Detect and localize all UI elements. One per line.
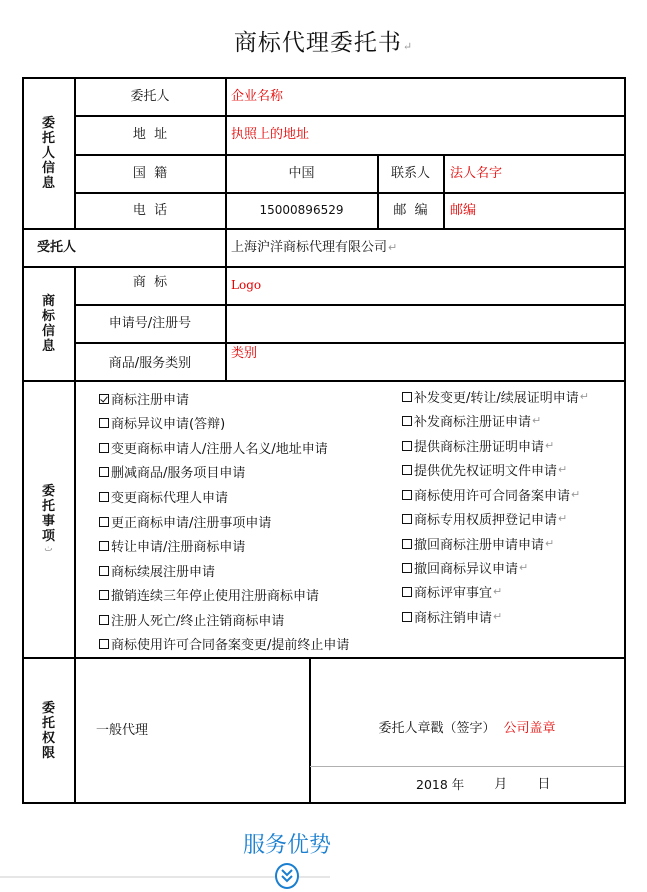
matter-item[interactable]: 商标注销申请↵ (402, 607, 502, 626)
paragraph-mark: ↵ (580, 390, 589, 403)
authority-section-label: 委 托 权 限 (23, 658, 74, 803)
matter-item[interactable]: 商标异议申请(答辩) (99, 413, 225, 432)
date-year: 2018 年 (416, 777, 464, 792)
section-label-char: 人 (42, 146, 55, 161)
matter-item[interactable]: 注册人死亡/终止注销商标申请 (99, 610, 284, 629)
section-label-char: 商 (42, 294, 55, 309)
paragraph-mark: ↵ (545, 537, 554, 550)
matter-item[interactable]: 提供商标注册证明申请↵ (402, 436, 554, 455)
matter-item[interactable]: 补发商标注册证申请↵ (402, 411, 541, 430)
matter-label: 补发商标注册证申请 (414, 411, 531, 430)
agent-field[interactable]: 上海沪洋商标代理有限公司↵ (231, 229, 621, 266)
matter-label: 变更商标申请人/注册人名义/地址申请 (111, 438, 328, 457)
matter-label: 商标注册申请 (111, 389, 189, 408)
checkbox-icon[interactable] (99, 615, 109, 625)
matters-section-label: 委 托 事 项 ٺ (23, 381, 74, 657)
trademark-field[interactable]: Logo (231, 267, 621, 304)
matter-item[interactable]: 补发变更/转让/续展证明申请↵ (402, 387, 589, 406)
matter-item[interactable]: 提供优先权证明文件申请↵ (402, 460, 567, 479)
checkbox-icon[interactable] (402, 465, 412, 475)
client-label: 委托人 (75, 78, 225, 115)
matter-label: 更正商标申请/注册事项申请 (111, 512, 271, 531)
checkbox-icon[interactable] (402, 416, 412, 426)
postcode-field[interactable]: 邮编 (450, 193, 620, 228)
matter-item[interactable]: 撤回商标异议申请↵ (402, 558, 528, 577)
checkbox-icon[interactable] (402, 563, 412, 573)
nationality-field[interactable]: 中国 (226, 155, 377, 192)
matter-label: 撤回商标异议申请 (414, 558, 518, 577)
matter-item[interactable]: 撤回商标注册申请申请↵ (402, 534, 554, 553)
checkbox-icon[interactable] (99, 590, 109, 600)
nationality-label: 国 籍 (75, 155, 225, 192)
trademark-label: 商 标 (75, 267, 225, 304)
divider (22, 380, 626, 382)
matter-label: 撤回商标注册申请申请 (414, 534, 544, 553)
checkbox-icon[interactable] (99, 639, 109, 649)
contact-field[interactable]: 法人名字 (450, 155, 620, 192)
trademark-info-section-label: 商 标 信 息 (23, 267, 74, 380)
matter-label: 注册人死亡/终止注销商标申请 (111, 610, 284, 629)
client-info-section-label: 委 托 人 信 息 (23, 78, 74, 228)
section-label-char: 托 (42, 131, 55, 146)
checkbox-icon[interactable] (402, 441, 412, 451)
checkbox-icon[interactable] (99, 467, 109, 477)
matter-label: 商标专用权质押登记申请 (414, 509, 557, 528)
checkbox-icon[interactable] (402, 587, 412, 597)
checkbox-checked-icon[interactable] (99, 394, 109, 404)
paragraph-mark: ↵ (571, 488, 580, 501)
matter-item[interactable]: 转让申请/注册商标申请 (99, 536, 245, 555)
matter-label: 商标评审事宜 (414, 582, 492, 601)
checkbox-icon[interactable] (99, 418, 109, 428)
phone-field[interactable]: 15000896529 (226, 193, 377, 228)
paragraph-mark: ↵ (532, 414, 541, 427)
chevron-glyph (280, 868, 294, 884)
checkbox-icon[interactable] (402, 490, 412, 500)
table-border-right (624, 77, 626, 804)
matter-label: 商标使用许可合同备案申请 (414, 485, 570, 504)
application-number-field[interactable] (231, 305, 621, 342)
checkbox-icon[interactable] (402, 612, 412, 622)
matter-label: 商标续展注册申请 (111, 561, 215, 580)
paragraph-mark: ↵ (493, 610, 502, 623)
matter-item[interactable]: 删减商品/服务项目申请 (99, 462, 245, 481)
category-field[interactable]: 类别 (231, 343, 621, 380)
matter-item[interactable]: 商标使用许可合同备案变更/提前终止申请 (99, 634, 349, 653)
matter-label: 删减商品/服务项目申请 (111, 462, 245, 481)
section-label-char: 委 (42, 116, 55, 131)
address-label: 地 址 (75, 116, 225, 154)
matter-item[interactable]: 商标专用权质押登记申请↵ (402, 509, 567, 528)
matter-label: 撤销连续三年停止使用注册商标申请 (111, 585, 319, 604)
section-label-char: 事 (42, 514, 55, 529)
agent-label: 受托人 (37, 229, 217, 266)
paragraph-mark: ↵ (545, 439, 554, 452)
checkbox-icon[interactable] (99, 517, 109, 527)
paragraph-mark: ↵ (558, 463, 567, 476)
date-field[interactable]: 2018 年 月 日 (416, 767, 616, 802)
section-label-char: 息 (42, 339, 55, 354)
paragraph-mark: ↵ (388, 241, 397, 254)
checkbox-icon[interactable] (402, 392, 412, 402)
section-label-char: 托 (42, 499, 55, 514)
matter-label: 商标注销申请 (414, 607, 492, 626)
contact-label: 联系人 (378, 155, 443, 192)
matter-item[interactable]: 商标评审事宜↵ (402, 582, 502, 601)
matter-item[interactable]: 更正商标申请/注册事项申请 (99, 512, 271, 531)
section-label-char: 标 (42, 309, 55, 324)
application-number-label: 申请号/注册号 (75, 305, 225, 342)
matter-item[interactable]: 变更商标代理人申请 (99, 487, 228, 506)
service-advantages-heading: 服务优势 (0, 828, 574, 859)
section-label-char: 委 (42, 701, 55, 716)
matter-item[interactable]: 变更商标申请人/注册人名义/地址申请 (99, 438, 328, 457)
seal-area[interactable]: 委托人章戳（签字） 公司盖章 (310, 705, 624, 753)
authority-scope-field[interactable]: 一般代理 (96, 658, 296, 803)
checkbox-icon[interactable] (402, 539, 412, 549)
section-label-char: 委 (42, 484, 55, 499)
double-chevron-down-icon[interactable] (275, 863, 299, 889)
section-label-char: 权 (42, 731, 55, 746)
paragraph-mark: ↵ (493, 585, 502, 598)
matter-label: 提供商标注册证明申请 (414, 436, 544, 455)
paragraph-mark: ↵ (558, 512, 567, 525)
category-label: 商品/服务类别 (75, 343, 225, 380)
matter-label: 补发变更/转让/续展证明申请 (414, 387, 579, 406)
paragraph-mark: ٺ (44, 544, 52, 554)
checkbox-icon[interactable] (99, 541, 109, 551)
checkbox-icon[interactable] (99, 566, 109, 576)
section-label-char: 项 (42, 529, 55, 544)
section-label-char: 限 (42, 746, 55, 761)
divider (443, 154, 445, 228)
matter-label: 提供优先权证明文件申请 (414, 460, 557, 479)
date-month: 月 (494, 777, 507, 793)
matter-label: 商标异议申请(答辩) (111, 413, 225, 432)
date-day: 日 (537, 777, 550, 793)
seal-value: 公司盖章 (504, 721, 556, 737)
client-name-field[interactable]: 企业名称 (231, 78, 621, 115)
matter-label: 商标使用许可合同备案变更/提前终止申请 (111, 634, 349, 653)
section-label-char: 托 (42, 716, 55, 731)
checkbox-icon[interactable] (99, 492, 109, 502)
section-label-char: 信 (42, 161, 55, 176)
matter-label: 变更商标代理人申请 (111, 487, 228, 506)
address-field[interactable]: 执照上的地址 (231, 116, 621, 154)
matter-item[interactable]: 商标使用许可合同备案申请↵ (402, 485, 580, 504)
phone-label: 电 话 (75, 193, 225, 228)
checkbox-icon[interactable] (402, 514, 412, 524)
seal-label: 委托人章戳（签字） (378, 721, 495, 737)
matter-item[interactable]: 商标注册申请 (99, 389, 189, 408)
matter-item[interactable]: 撤销连续三年停止使用注册商标申请 (99, 585, 319, 604)
checkbox-icon[interactable] (99, 443, 109, 453)
paragraph-mark: ↵ (519, 561, 528, 574)
postcode-label: 邮 编 (378, 193, 443, 228)
agent-name: 上海沪洋商标代理有限公司 (231, 240, 387, 256)
section-label-char: 信 (42, 324, 55, 339)
section-label-char: 息 (42, 176, 55, 191)
matter-item[interactable]: 商标续展注册申请 (99, 561, 215, 580)
matter-label: 转让申请/注册商标申请 (111, 536, 245, 555)
